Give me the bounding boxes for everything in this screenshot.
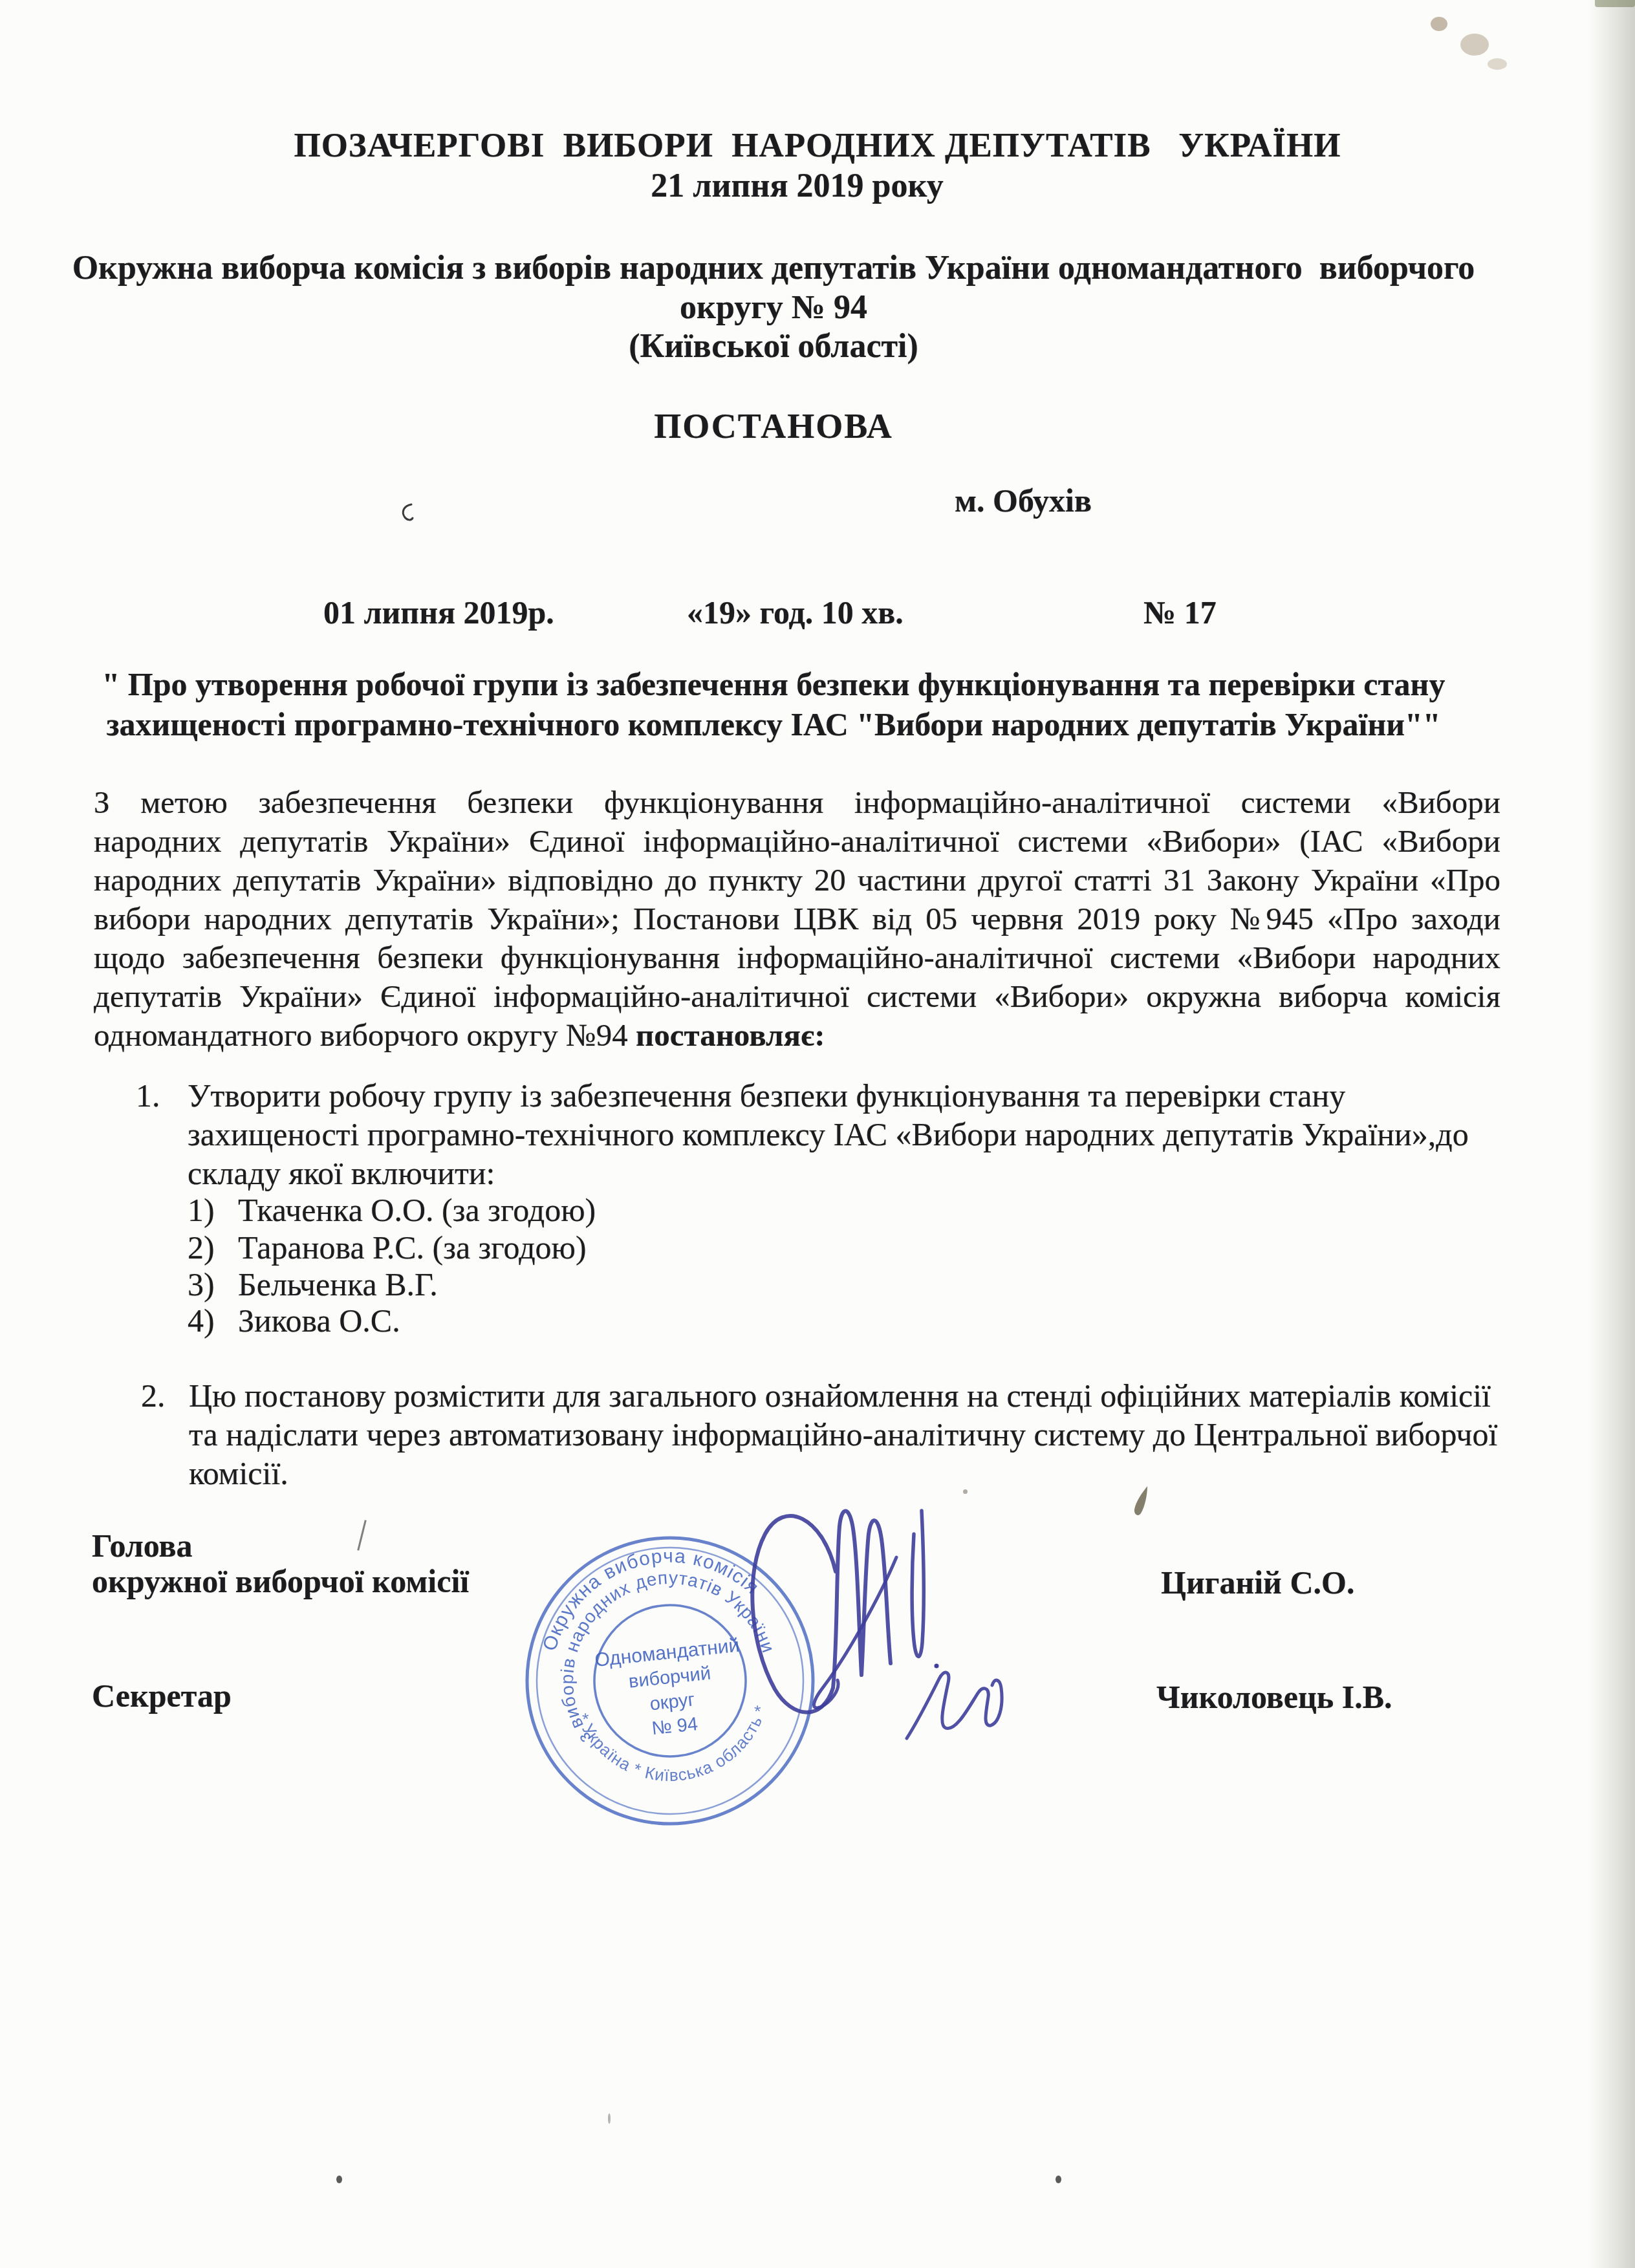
scan-corner-artifact xyxy=(1595,0,1635,7)
member-name: Зикова О.С. xyxy=(238,1304,400,1338)
subject-line1: " Про утворення робочої групи із забезпе… xyxy=(0,667,1547,702)
member-name: Бельченка В.Г. xyxy=(238,1268,438,1302)
doc-type-title: ПОСТАНОВА xyxy=(0,408,1547,445)
preamble-line: З метою забезпечення безпеки функціонува… xyxy=(94,786,1500,819)
election-header-line1: ПОЗАЧЕРГОВІ ВИБОРИ НАРОДНИХ ДЕПУТАТІВ УК… xyxy=(0,128,1635,164)
commission-name-line1: Окружна виборча комісія з виборів народн… xyxy=(0,251,1547,286)
resolves-keyword: постановляє: xyxy=(636,1017,825,1053)
stamp-center-line3: округ xyxy=(649,1689,696,1714)
member-name: Ткаченка О.О. (за згодою) xyxy=(238,1193,596,1227)
item2-line: Цю постанову розмістити для загального о… xyxy=(189,1379,1491,1413)
doc-date: 01 липня 2019р. xyxy=(323,596,554,630)
doc-time: «19» год. 10 хв. xyxy=(687,596,904,630)
scan-curl-mark xyxy=(398,502,415,524)
scan-edge-shadow xyxy=(1588,0,1635,2268)
item1-number: 1. xyxy=(136,1079,160,1113)
chairman-signature-ink xyxy=(912,1511,924,1656)
scan-speck xyxy=(1431,17,1447,31)
item1-line: Утворити робочу групу із забезпечення бе… xyxy=(188,1079,1345,1113)
document-page: ПОЗАЧЕРГОВІ ВИБОРИ НАРОДНИХ ДЕПУТАТІВ УК… xyxy=(0,0,1635,2268)
item1-line: захищеності програмно-технічного комплек… xyxy=(188,1118,1469,1152)
city-label: м. Обухів xyxy=(955,484,1092,518)
preamble-line: депутатів України» Єдиної інформаційно-а… xyxy=(94,980,1500,1013)
scan-speck xyxy=(608,2113,611,2124)
preamble-line: народних депутатів України» відповідно д… xyxy=(94,863,1500,896)
item2-line: та надіслати через автоматизовану інформ… xyxy=(189,1418,1497,1452)
member-number: 3) xyxy=(188,1268,215,1302)
member-number: 2) xyxy=(188,1231,215,1265)
item2-line: комісії. xyxy=(189,1456,288,1491)
scan-speck xyxy=(336,2176,342,2183)
commission-name-line2: округу № 94 xyxy=(0,290,1547,326)
scan-speck xyxy=(1488,58,1507,70)
item2-number: 2. xyxy=(141,1379,166,1413)
election-header-date: 21 липня 2019 року xyxy=(0,169,1594,204)
member-number: 4) xyxy=(188,1304,215,1338)
member-name: Таранова Р.С. (за згодою) xyxy=(238,1231,587,1265)
chairman-name: Циганій С.О. xyxy=(1161,1566,1354,1600)
preamble-line: щодо забезпечення безпеки функціонування… xyxy=(94,941,1500,974)
item1-line: складу якої включити: xyxy=(188,1156,495,1191)
preamble-line-last: одномандатного виборчого округу №94 пост… xyxy=(94,1019,1500,1052)
secretary-signature-ink xyxy=(907,1672,1002,1738)
scan-speck xyxy=(1056,2176,1061,2183)
commission-region: (Київської області) xyxy=(0,329,1547,365)
preamble-line: вибори народних депутатів України»; Пост… xyxy=(94,902,1500,935)
doc-number: № 17 xyxy=(1143,596,1217,630)
secretary-signature-ink xyxy=(935,1664,939,1669)
scan-speck xyxy=(963,1489,968,1494)
stamp-center-line4: № 94 xyxy=(651,1714,698,1739)
preamble-last-normal: одномандатного виборчого округу №94 xyxy=(94,1017,636,1053)
subject-line2: захищеності програмно-технічного комплек… xyxy=(0,707,1547,742)
secretary-name: Чиколовець І.В. xyxy=(1156,1680,1392,1714)
scan-speck xyxy=(1460,34,1489,56)
member-number: 1) xyxy=(188,1193,215,1227)
scan-ink-blot xyxy=(1131,1485,1153,1518)
scan-slash-mark xyxy=(357,1520,367,1550)
chairman-title-line2: окружної виборчої комісії xyxy=(92,1564,469,1599)
preamble-line: народних депутатів України» Єдиної інфор… xyxy=(94,825,1500,858)
chairman-title-line1: Голова xyxy=(92,1529,193,1563)
stamp-center-line2: виборчий xyxy=(627,1663,711,1692)
handwritten-signatures xyxy=(711,1474,1048,1772)
secretary-title: Секретар xyxy=(92,1679,232,1713)
